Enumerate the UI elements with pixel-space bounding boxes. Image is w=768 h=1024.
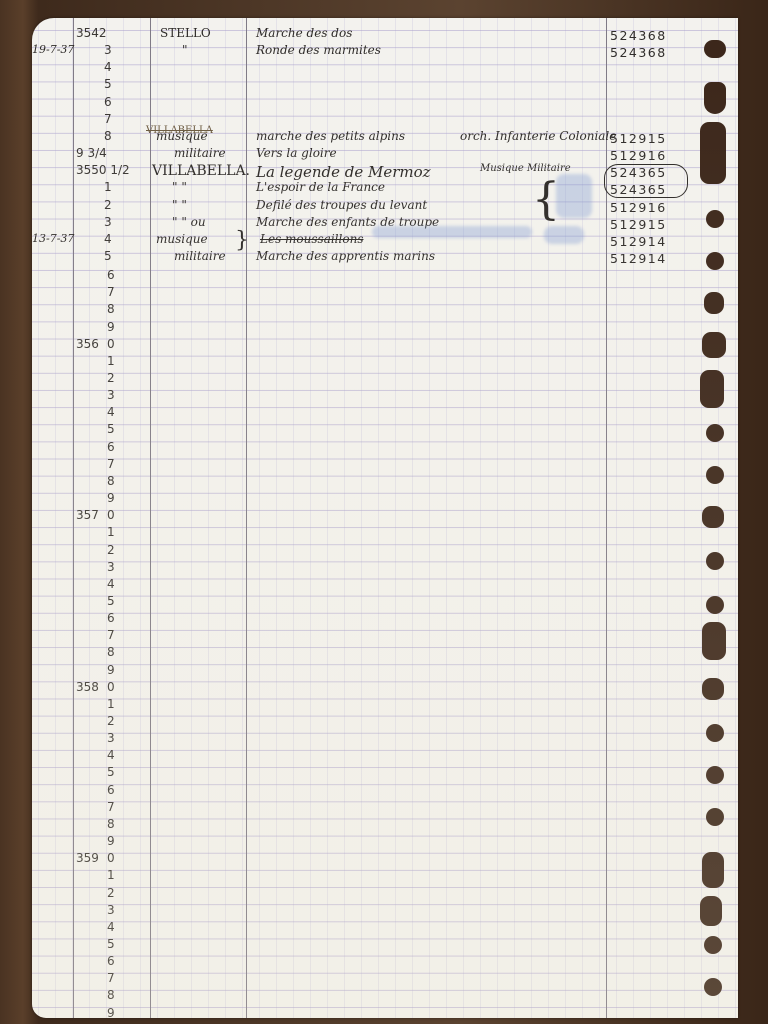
entry-number: 9 3/4: [76, 146, 107, 160]
line-number: 1: [107, 525, 115, 539]
entry-number: 7: [104, 112, 112, 126]
entry-reference: 524368: [610, 45, 667, 60]
line-number: 3: [107, 560, 115, 574]
line-number: 4: [107, 748, 115, 762]
line-number: 9: [107, 834, 115, 848]
entry-artist: ": [182, 43, 188, 57]
entry-number: 1: [104, 180, 112, 194]
line-number: 2: [107, 371, 115, 385]
ink-smudge: [372, 226, 532, 238]
line-number: 8: [107, 988, 115, 1002]
entry-orchestra: Musique Militaire: [480, 163, 571, 174]
entry-title: Marche des dos: [256, 26, 352, 40]
line-number: 8: [107, 302, 115, 316]
entry-number: 3: [104, 215, 112, 229]
entry-reference: 512915: [610, 131, 667, 146]
entry-title: Defilé des troupes du levant: [256, 198, 427, 212]
brace-mark: }: [235, 228, 249, 253]
entry-date: 13-7-37: [32, 232, 74, 245]
entry-artist: " ": [172, 198, 187, 212]
entry-title: marche des petits alpins: [256, 129, 405, 143]
entry-title: Ronde des marmites: [256, 43, 381, 57]
entry-artist: VILLABELLA.: [152, 163, 250, 179]
line-number: 7: [107, 971, 115, 985]
entry-artist: " ": [172, 180, 187, 194]
line-number: 2: [107, 714, 115, 728]
brace-mark: {: [532, 178, 560, 222]
entry-artist: " " ou: [172, 215, 206, 229]
line-number: 8: [107, 474, 115, 488]
entry-number: 3: [104, 43, 112, 57]
line-number: 9: [107, 663, 115, 677]
entry-reference: 512916: [610, 200, 667, 215]
entry-number: 4: [104, 232, 112, 246]
line-number: 2: [107, 886, 115, 900]
entry-orchestra: orch. Infanterie Coloniale: [460, 129, 616, 143]
entry-title: L'espoir de la France: [256, 180, 385, 194]
line-number: 6: [107, 440, 115, 454]
line-number: 5: [107, 765, 115, 779]
entry-number: 8: [104, 129, 112, 143]
entry-number: 3542: [76, 26, 107, 40]
block-number-prefix: 358: [76, 680, 99, 694]
entry-title: La legende de Mermoz: [256, 163, 431, 181]
line-number: 6: [107, 783, 115, 797]
line-number: 0: [107, 851, 115, 865]
line-number: 5: [107, 594, 115, 608]
entry-title-struck: Les moussaillons: [260, 232, 363, 246]
entry-reference: 512914: [610, 234, 667, 249]
line-number: 7: [107, 628, 115, 642]
entry-number: 4: [104, 60, 112, 74]
entry-number: 3550 1/2: [76, 163, 130, 177]
line-number: 7: [107, 285, 115, 299]
entry-number: 5: [104, 77, 112, 91]
entry-artist: STELLO: [160, 26, 211, 40]
entry-title: Vers la gloire: [256, 146, 337, 160]
entry-reference: 512916: [610, 148, 667, 163]
line-number: 8: [107, 817, 115, 831]
block-number-prefix: 356: [76, 337, 99, 351]
margin-line-date: [73, 18, 74, 1018]
entry-number: 5: [104, 249, 112, 263]
line-number: 4: [107, 920, 115, 934]
line-number: 8: [107, 645, 115, 659]
line-number: 6: [107, 268, 115, 282]
line-number: 6: [107, 611, 115, 625]
line-number: 9: [107, 1006, 115, 1018]
entry-title: Marche des apprentis marins: [256, 249, 435, 263]
column-line-number: [150, 18, 151, 1018]
line-number: 5: [107, 422, 115, 436]
notebook-page: 3542STELLOMarche des dos524368319-7-37"R…: [32, 18, 738, 1018]
line-number: 3: [107, 903, 115, 917]
entry-number: 6: [104, 95, 112, 109]
line-number: 0: [107, 508, 115, 522]
circled-references: [604, 164, 688, 198]
line-number: 9: [107, 491, 115, 505]
entry-reference: 524368: [610, 28, 667, 43]
line-number: 7: [107, 457, 115, 471]
line-number: 0: [107, 680, 115, 694]
entry-date: 19-7-37: [32, 43, 74, 56]
line-number: 3: [107, 388, 115, 402]
line-number: 1: [107, 868, 115, 882]
line-number: 4: [107, 405, 115, 419]
line-number: 5: [107, 937, 115, 951]
line-number: 4: [107, 577, 115, 591]
entry-number: 2: [104, 198, 112, 212]
ink-smudge: [556, 174, 592, 218]
line-number: 9: [107, 320, 115, 334]
entry-artist: militaire: [174, 249, 226, 263]
line-number: 2: [107, 543, 115, 557]
line-number: 1: [107, 354, 115, 368]
line-number: 1: [107, 697, 115, 711]
block-number-prefix: 359: [76, 851, 99, 865]
entry-reference: 512914: [610, 251, 667, 266]
entry-artist: musique: [156, 232, 208, 246]
entry-reference: 512915: [610, 217, 667, 232]
line-number: 6: [107, 954, 115, 968]
ink-smudge: [544, 226, 584, 244]
line-number: 3: [107, 731, 115, 745]
entry-artist: musique: [156, 129, 208, 143]
entry-artist: militaire: [174, 146, 226, 160]
block-number-prefix: 357: [76, 508, 99, 522]
line-number: 7: [107, 800, 115, 814]
line-number: 0: [107, 337, 115, 351]
